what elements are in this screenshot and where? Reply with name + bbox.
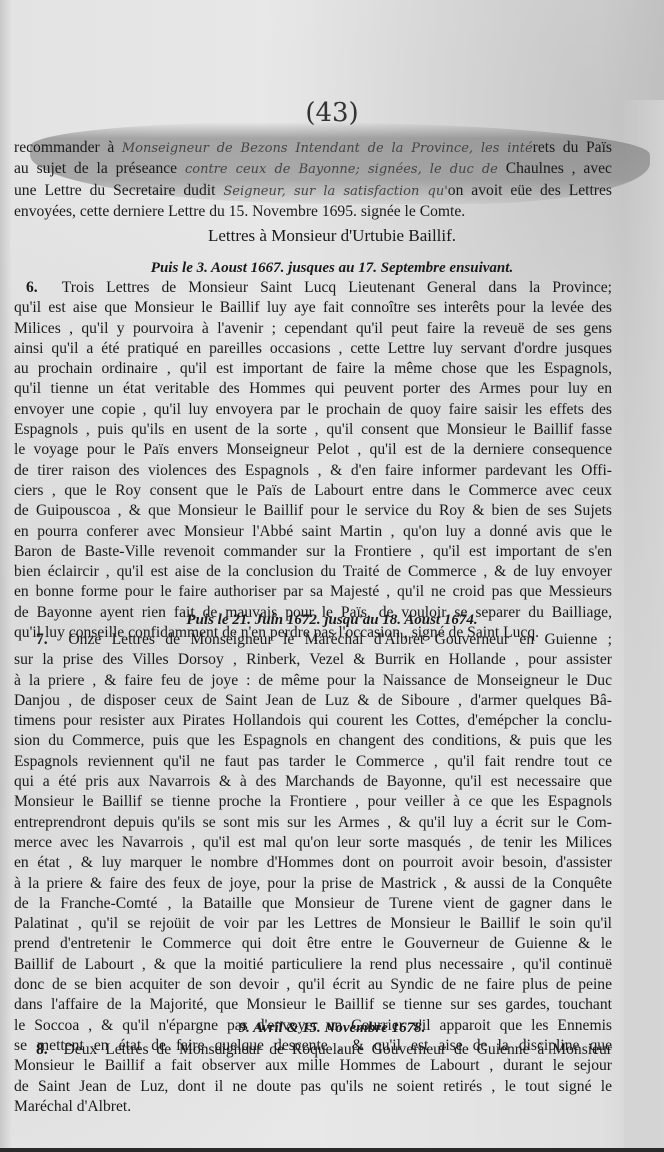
- entry-number: 7.: [36, 631, 48, 648]
- section-heading: Lettres à Monsieur d'Urtubie Baillif.: [0, 226, 664, 246]
- handwritten-annotation: contre ceux de Bayonne; signées, le duc …: [185, 162, 498, 177]
- entry-line: ciers , que le Roy consent que le Païs d…: [14, 481, 612, 501]
- entry-number: 6.: [26, 279, 38, 296]
- entry-line: en bonne forme pour le faire authoriser …: [14, 582, 612, 602]
- intro-line: une Lettre du Secretaire dudit Seigneur,…: [14, 181, 612, 202]
- date-heading: 9. Avril & 15. Novembre 1678.: [0, 1020, 664, 1037]
- handwritten-annotation: Seigneur, sur la satisfaction qu': [223, 184, 447, 199]
- entry-line: Monsieur le Baillif se tienne proche la …: [14, 792, 612, 812]
- entry-line: bien éclaircir , qu'il est aise de la co…: [14, 562, 612, 582]
- entry-line: Baron de Baste-Ville revenoit commander …: [14, 542, 612, 562]
- entry-6: 6. Trois Lettres de Monsieur Saint Lucq …: [14, 278, 612, 643]
- entry-line: en pourra conferer avec Monsieur l'Abbé …: [14, 522, 612, 542]
- entry-line: à la priere & faire des feux de joye, po…: [14, 874, 612, 894]
- entry-line: Palatinat , qu'il se rejoüit de voir par…: [14, 914, 612, 934]
- entry-line: qui a été pris aux Navarrois & à des Mar…: [14, 772, 612, 792]
- entry-number: 8.: [36, 1041, 48, 1058]
- entry-8: 8. Deux Lettres de Monseigneur de Roquel…: [14, 1040, 612, 1060]
- intro-line: au sujet de la préseance contre ceux de …: [14, 159, 612, 180]
- date-heading: Puis le 3. Aoust 1667. jusques au 17. Se…: [0, 260, 664, 277]
- entry-line: envoyer une copie , qu'il luy envoyera p…: [14, 400, 612, 420]
- date-heading: Puis le 21. Juin 1672. jusqu'au 18. Aous…: [0, 612, 664, 629]
- entry-line: de la Franche-Comté , la Bataille que Mo…: [14, 894, 612, 914]
- entry-line: timens pour resister aux Pirates Holland…: [14, 711, 612, 731]
- entry-line: qu'il tienne un état veritable des Homme…: [14, 379, 612, 399]
- page-number: (43): [0, 98, 664, 128]
- entry-line: sur la prise des Villes Dorsoy , Rinberk…: [14, 650, 612, 670]
- entry-line: Espagnols , puis qu'ils en usent de la s…: [14, 420, 612, 440]
- intro-paragraph: recommander à Monseigneur de Bezons Inte…: [14, 138, 612, 222]
- entry-line: Milices , qu'il y pourvoira à l'avenir ;…: [14, 319, 612, 339]
- handwritten-annotation: Monseigneur de Bezons Intendant de la Pr…: [122, 141, 533, 156]
- entry-line: de Guipouscoa , & que Monsieur le Bailli…: [14, 501, 612, 521]
- entry-line: merce avec les Navarrois , qu'il est mal…: [14, 833, 612, 853]
- entry-line: Maréchal d'Albret.: [14, 1097, 612, 1117]
- scan-edge: [0, 1148, 664, 1152]
- entry-line: ainsi qu'il a été pratiqué en pareilles …: [14, 339, 612, 359]
- intro-line: recommander à Monseigneur de Bezons Inte…: [14, 138, 612, 159]
- entry-line: au prochain ordinaire , qu'il est import…: [14, 359, 612, 379]
- entry-line: en état , & luy marquer le nombre d'Homm…: [14, 853, 612, 873]
- entry-line: Espagnols reviennent qu'il ne faut pas t…: [14, 752, 612, 772]
- entry-line: Baillif de Labourt , & que la moitié par…: [14, 955, 612, 975]
- entry-line: dans l'affaire de la Majorité, que Monsi…: [14, 995, 612, 1015]
- entry-line: 6. Trois Lettres de Monsieur Saint Lucq …: [14, 278, 612, 298]
- entry-line: entreprendront depuis qu'ils se sont mis…: [14, 813, 612, 833]
- entry-line: de Saint Jean de Luz, dont il ne doute p…: [14, 1077, 612, 1097]
- entry-line: Danjou , de disposer ceux de Saint Jean …: [14, 691, 612, 711]
- entry-line: donc de se bien acquiter de son devoir ,…: [14, 975, 612, 995]
- entry-line: sion du Commerce, puis que les Espagnols…: [14, 731, 612, 751]
- entry-line: 8. Deux Lettres de Monseigneur de Roquel…: [14, 1040, 612, 1060]
- entry-line: prend d'entretenir le Commerce qui doit …: [14, 934, 612, 954]
- entry-line: à la priere , & faire feu de joye : de m…: [14, 671, 612, 691]
- entry-line: 7. Onze Lettres de Monseigneur le Maréch…: [14, 630, 612, 650]
- scanned-page: (43) recommander à Monseigneur de Bezons…: [0, 0, 664, 1152]
- entry-line: qu'il est aise que Monsieur le Baillif l…: [14, 298, 612, 318]
- entry-line: le voyage pour le Païs envers Monseigneu…: [14, 440, 612, 460]
- intro-line: envoyées, cette derniere Lettre du 15. N…: [14, 202, 612, 222]
- entry-line: de tirer raison des violences des Espagn…: [14, 461, 612, 481]
